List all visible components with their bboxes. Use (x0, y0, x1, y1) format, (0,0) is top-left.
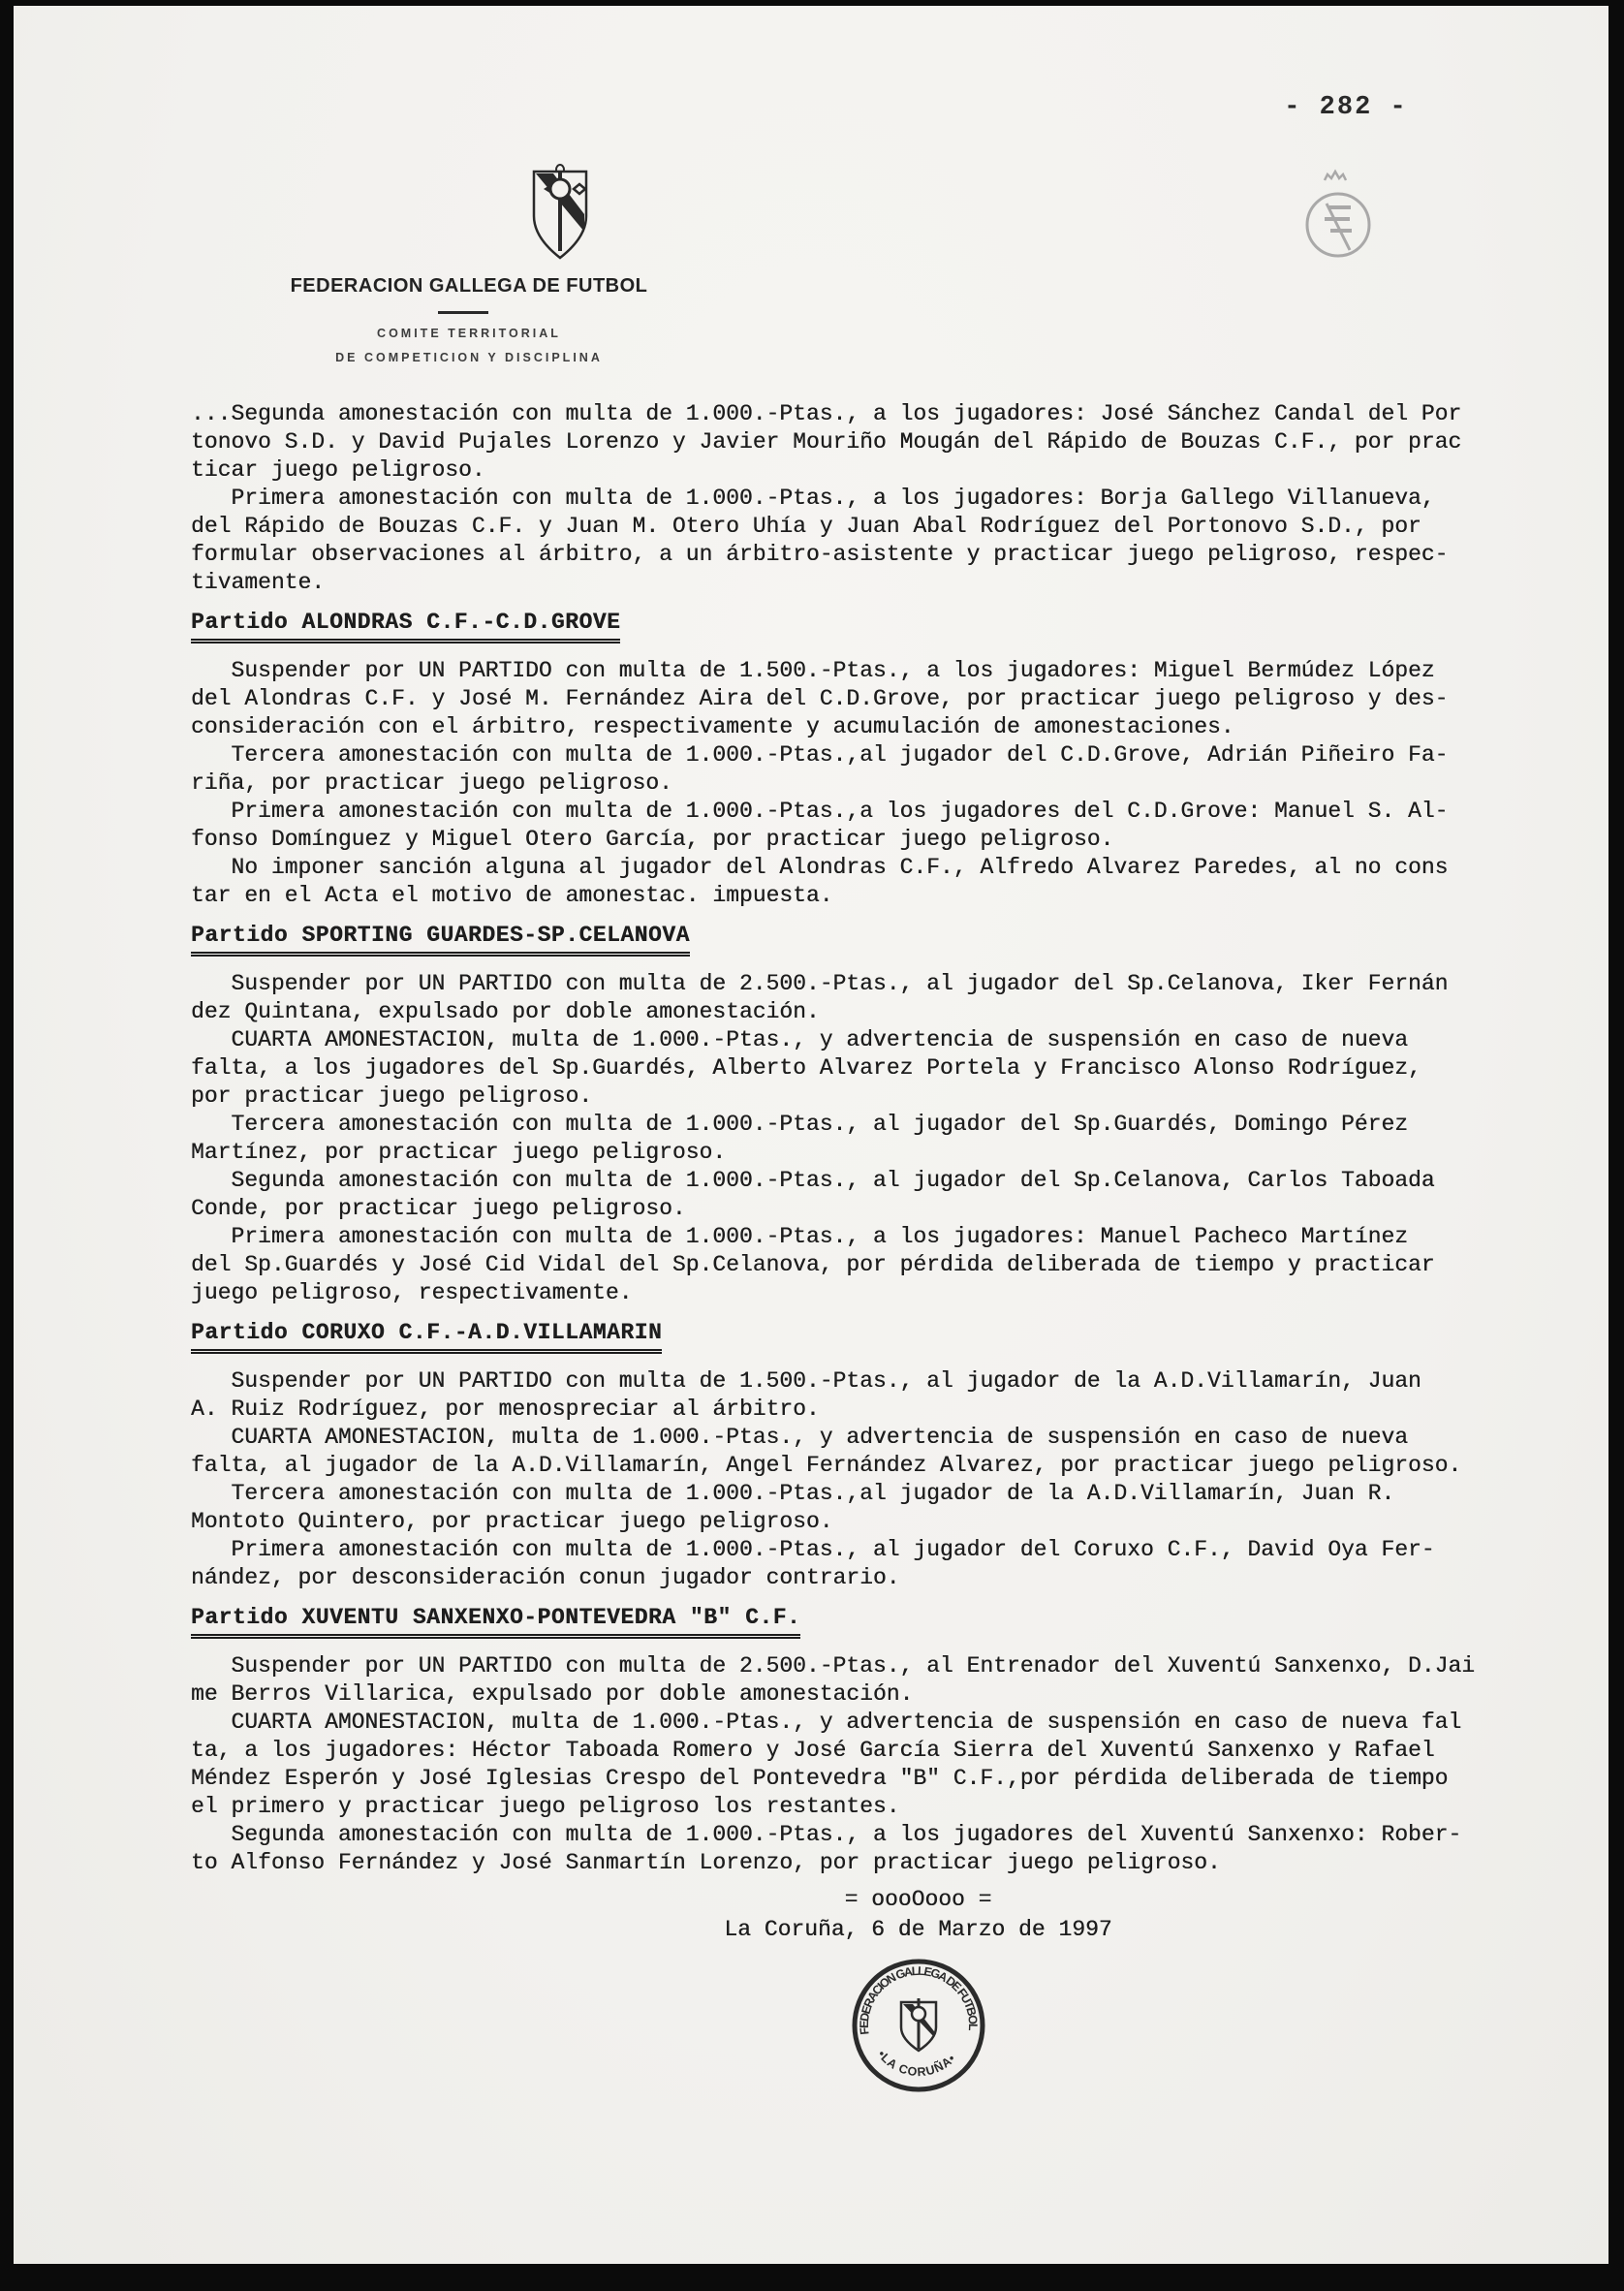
committee-line-1: COMITE TERRITORIAL (256, 322, 682, 346)
committee-line-2: DE COMPETICION Y DISCIPLINA (256, 346, 682, 370)
paragraph: Segunda amonestación con multa de 1.000.… (191, 1821, 1533, 1877)
stamp-bottom-text: •LA CORUÑA• (875, 2048, 958, 2079)
section-heading: Partido CORUXO C.F.-A.D.VILLAMARIN (191, 1319, 1533, 1354)
rfef-crest-icon (1300, 167, 1376, 266)
header-divider (438, 311, 488, 314)
paragraph: CUARTA AMONESTACION, multa de 1.000.-Pta… (191, 1709, 1533, 1821)
org-name: FEDERACION GALLEGA DE FUTBOL (256, 275, 682, 298)
paragraph: Suspender por UN PARTIDO con multa de 1.… (191, 657, 1533, 741)
paragraph: Primera amonestación con multa de 1.000.… (191, 1536, 1533, 1592)
committee-title: COMITE TERRITORIAL DE COMPETICION Y DISC… (256, 322, 682, 370)
federation-shield-icon (524, 164, 596, 263)
paragraph: Tercera amonestación con multa de 1.000.… (191, 741, 1533, 798)
paragraph: Suspender por UN PARTIDO con multa de 1.… (191, 1367, 1533, 1424)
paragraph: CUARTA AMONESTACION, multa de 1.000.-Pta… (191, 1424, 1533, 1480)
dateline: La Coruña, 6 de Marzo de 1997 (247, 1915, 1589, 1945)
document-footer: = oooOooo = La Coruña, 6 de Marzo de 199… (247, 1885, 1589, 1945)
paragraph: Tercera amonestación con multa de 1.000.… (191, 1111, 1533, 1167)
paragraph: No imponer sanción alguna al jugador del… (191, 854, 1533, 910)
paragraph: Primera amonestación con multa de 1.000.… (191, 485, 1533, 597)
circular-stamp-icon: FEDERACION GALLEGA DE FUTBOL •LA CORUÑA• (847, 1954, 990, 2097)
svg-text:•LA CORUÑA•: •LA CORUÑA• (875, 2048, 958, 2079)
scanned-document-page: FEDERACION GALLEGA DE FUTBOL COMITE TERR… (0, 0, 1624, 2291)
page-number: - 282 - (1268, 93, 1423, 122)
section-heading: Partido SPORTING GUARDES-SP.CELANOVA (191, 922, 1533, 957)
paragraph: Primera amonestación con multa de 1.000.… (191, 798, 1533, 854)
paragraph: Suspender por UN PARTIDO con multa de 2.… (191, 1652, 1533, 1709)
paragraph: Segunda amonestación con multa de 1.000.… (191, 1167, 1533, 1223)
section-heading: Partido XUVENTU SANXENXO-PONTEVEDRA "B" … (191, 1604, 1533, 1639)
section-heading-text: Partido ALONDRAS C.F.-C.D.GROVE (191, 609, 620, 643)
paragraph: ...Segunda amonestación con multa de 1.0… (191, 400, 1533, 485)
paragraph: Suspender por UN PARTIDO con multa de 2.… (191, 970, 1533, 1026)
footer-separator: = oooOooo = (247, 1885, 1589, 1915)
section-heading-text: Partido XUVENTU SANXENXO-PONTEVEDRA "B" … (191, 1604, 800, 1639)
section-heading-text: Partido CORUXO C.F.-A.D.VILLAMARIN (191, 1319, 662, 1354)
section-heading: Partido ALONDRAS C.F.-C.D.GROVE (191, 609, 1533, 643)
section-heading-text: Partido SPORTING GUARDES-SP.CELANOVA (191, 922, 690, 957)
paragraph: CUARTA AMONESTACION, multa de 1.000.-Pta… (191, 1026, 1533, 1111)
paragraph: Tercera amonestación con multa de 1.000.… (191, 1480, 1533, 1536)
document-body: ...Segunda amonestación con multa de 1.0… (191, 400, 1533, 1945)
paper-sheet: FEDERACION GALLEGA DE FUTBOL COMITE TERR… (14, 6, 1608, 2264)
paragraph: Primera amonestación con multa de 1.000.… (191, 1223, 1533, 1307)
